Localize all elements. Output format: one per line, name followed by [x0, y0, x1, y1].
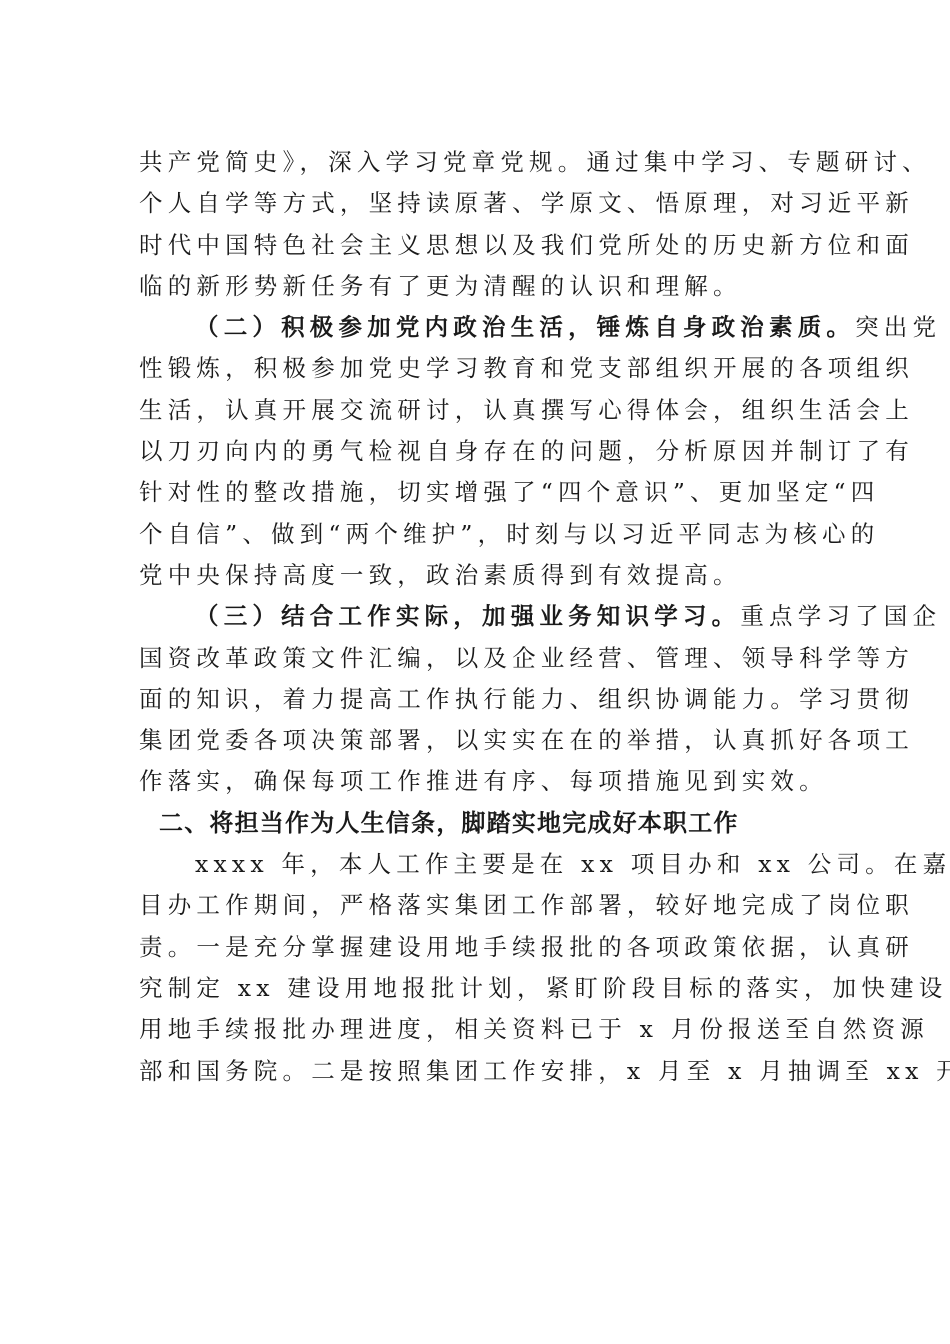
paragraph-line: 部和国务院。二是按照集团工作安排，x 月至 x 月抽调至 xx 开 [139, 1051, 825, 1092]
paragraph-line: 责。一是充分掌握建设用地手续报批的各项政策依据，认真研 [139, 927, 825, 968]
subheading-three: （三）结合工作实际，加强业务知识学习。 [195, 602, 740, 630]
paragraph-line: 用地手续报批办理进度，相关资料已于 x 月份报送至自然资源 [139, 1009, 825, 1050]
paragraph-line: 共产党简史》，深入学习党章党规。通过集中学习、专题研讨、 [139, 142, 825, 183]
paragraph-line: 生活，认真开展交流研讨，认真撰写心得体会，组织生活会上 [139, 390, 825, 431]
paragraph-line: 党中央保持高度一致，政治素质得到有效提高。 [139, 555, 825, 596]
paragraph-line: xxxx 年，本人工作主要是在 xx 项目办和 xx 公司。在嘉瓜项 [139, 844, 825, 885]
paragraph-line: 个人自学等方式，坚持读原著、学原文、悟原理，对习近平新 [139, 183, 825, 224]
paragraph-line: 集团党委各项决策部署，以实实在在的举措，认真抓好各项工 [139, 720, 825, 761]
paragraph-line: 性锻炼，积极参加党史学习教育和党支部组织开展的各项组织 [139, 348, 825, 389]
subheading-tail: 重点学习了国企 [740, 602, 941, 630]
paragraph-line: 临的新形势新任务有了更为清醒的认识和理解。 [139, 266, 825, 307]
paragraph-line: 国资改革政策文件汇编，以及企业经营、管理、领导科学等方 [139, 638, 825, 679]
subheading-two: （二）积极参加党内政治生活，锤炼自身政治素质。 [195, 313, 855, 341]
paragraph-line: 个自信”、做到“两个维护”，时刻与以习近平同志为核心的 [139, 514, 825, 555]
document-page: 共产党简史》，深入学习党章党规。通过集中学习、专题研讨、 个人自学等方式，坚持读… [139, 142, 825, 1092]
section-heading: 二、将担当作为人生信条，脚踏实地完成好本职工作 [139, 803, 825, 844]
subheading-tail: 突出党 [855, 313, 941, 341]
paragraph-line: 以刀刃向内的勇气检视自身存在的问题，分析原因并制订了有 [139, 431, 825, 472]
paragraph-line: 作落实，确保每项工作推进有序、每项措施见到实效。 [139, 761, 825, 802]
paragraph-line: 时代中国特色社会主义思想以及我们党所处的历史新方位和面 [139, 225, 825, 266]
subheading-line: （三）结合工作实际，加强业务知识学习。重点学习了国企 [139, 596, 825, 637]
paragraph-line: 针对性的整改措施，切实增强了“四个意识”、更加坚定“四 [139, 472, 825, 513]
subheading-line: （二）积极参加党内政治生活，锤炼自身政治素质。突出党 [139, 307, 825, 348]
paragraph-line: 面的知识，着力提高工作执行能力、组织协调能力。学习贯彻 [139, 679, 825, 720]
paragraph-line: 目办工作期间，严格落实集团工作部署，较好地完成了岗位职 [139, 885, 825, 926]
paragraph-line: 究制定 xx 建设用地报批计划，紧盯阶段目标的落实，加快建设 [139, 968, 825, 1009]
